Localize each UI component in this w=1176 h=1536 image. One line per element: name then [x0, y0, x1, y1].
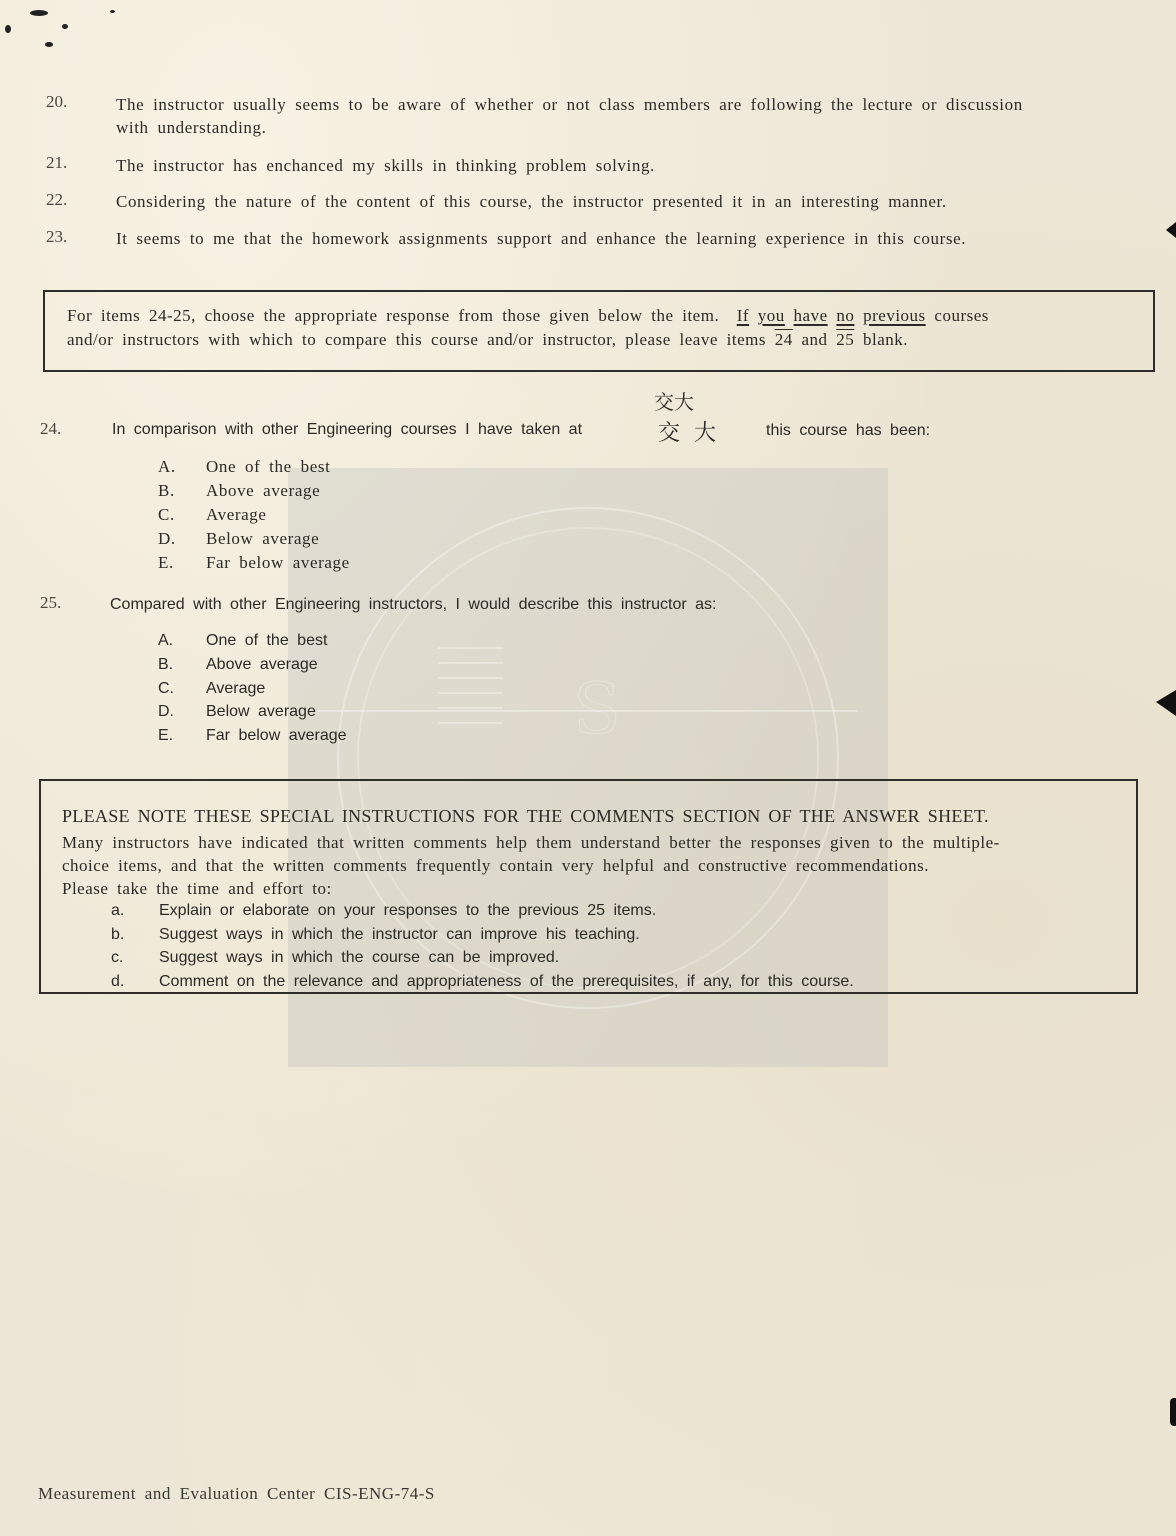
underlined-word: If — [737, 306, 749, 325]
question-text: Considering the nature of the content of… — [116, 191, 947, 213]
ink-speck — [30, 10, 48, 16]
option-label: Below average — [206, 703, 316, 721]
comments-instructions-box: PLEASE NOTE THESE SPECIAL INSTRUCTIONS F… — [39, 779, 1138, 994]
question-number: 24. — [40, 419, 61, 439]
instructions-text: courses — [934, 306, 988, 325]
option-label: Below average — [206, 529, 319, 549]
comments-paragraph-line-1: Many instructors have indicated that wri… — [62, 831, 1000, 854]
comments-paragraph-line-2: choice items, and that the written comme… — [62, 854, 929, 877]
question-number: 23. — [46, 227, 67, 247]
question-text-end: this course has been: — [766, 420, 930, 442]
option-label: Average — [206, 505, 267, 525]
option-letter: A. — [158, 457, 176, 477]
option-letter: E. — [158, 553, 174, 573]
comments-heading: PLEASE NOTE THESE SPECIAL INSTRUCTIONS F… — [62, 806, 989, 827]
option-label: One of the best — [206, 632, 327, 650]
institution-name: 交 大 — [658, 416, 716, 447]
question-text: The instructor usually seems to be aware… — [116, 94, 1023, 116]
ink-speck — [110, 10, 115, 13]
item-letter: c. — [111, 949, 123, 967]
question-text-continued: with understanding. — [116, 117, 266, 139]
question-text: In comparison with other Engineering cou… — [112, 419, 582, 441]
item-letter: d. — [111, 973, 124, 991]
ink-speck — [5, 25, 11, 33]
item-number-24: 24 — [775, 330, 793, 349]
item-letter: a. — [111, 902, 124, 920]
option-letter: C. — [158, 505, 175, 525]
svg-text:S: S — [573, 668, 621, 750]
item-text: Suggest ways in which the instructor can… — [159, 926, 640, 944]
option-label: One of the best — [206, 457, 330, 477]
instructions-line-2: and/or instructors with which to compare… — [67, 328, 908, 351]
underlined-word: have — [794, 306, 828, 325]
option-letter: D. — [158, 529, 176, 549]
instructions-box-24-25: For items 24-25, choose the appropriate … — [43, 290, 1155, 372]
instructions-text: and — [801, 330, 827, 349]
option-label: Average — [206, 680, 265, 698]
edge-mark-icon — [1156, 690, 1176, 716]
question-text: The instructor has enchanced my skills i… — [116, 155, 655, 177]
option-letter: A. — [158, 632, 173, 650]
underlined-word: you — [758, 306, 785, 325]
item-text: Suggest ways in which the course can be … — [159, 949, 559, 967]
item-text: Comment on the relevance and appropriate… — [159, 973, 854, 991]
question-number: 20. — [46, 92, 67, 112]
ink-speck — [45, 42, 53, 47]
underlined-word: no — [836, 306, 854, 325]
question-number: 22. — [46, 190, 67, 210]
question-number: 25. — [40, 593, 61, 613]
underlined-word: previous — [863, 306, 926, 325]
form-footer-code: Measurement and Evaluation Center CIS-EN… — [38, 1484, 435, 1504]
option-label: Above average — [206, 656, 318, 674]
ink-speck — [62, 24, 68, 29]
item-text: Explain or elaborate on your responses t… — [159, 902, 656, 920]
option-label: Far below average — [206, 727, 347, 745]
question-text: It seems to me that the homework assignm… — [116, 228, 966, 250]
handwritten-annotation: 交大 — [654, 386, 694, 415]
option-label: Above average — [206, 481, 320, 501]
edge-mark-icon — [1166, 222, 1176, 238]
item-letter: b. — [111, 926, 124, 944]
option-letter: E. — [158, 727, 173, 745]
option-letter: B. — [158, 481, 175, 501]
instructions-text: blank. — [863, 330, 908, 349]
option-letter: B. — [158, 656, 173, 674]
question-text: Compared with other Engineering instruct… — [110, 594, 716, 616]
instructions-text: For items 24-25, choose the appropriate … — [67, 306, 719, 325]
question-number: 21. — [46, 153, 67, 173]
comments-paragraph-line-3: Please take the time and effort to: — [62, 877, 332, 900]
instructions-text: and/or instructors with which to compare… — [67, 330, 766, 349]
edge-mark-icon — [1170, 1398, 1176, 1426]
option-label: Far below average — [206, 553, 350, 573]
option-letter: D. — [158, 703, 174, 721]
instructions-line-1: For items 24-25, choose the appropriate … — [67, 304, 989, 327]
item-number-25: 25 — [836, 330, 854, 349]
option-letter: C. — [158, 680, 174, 698]
